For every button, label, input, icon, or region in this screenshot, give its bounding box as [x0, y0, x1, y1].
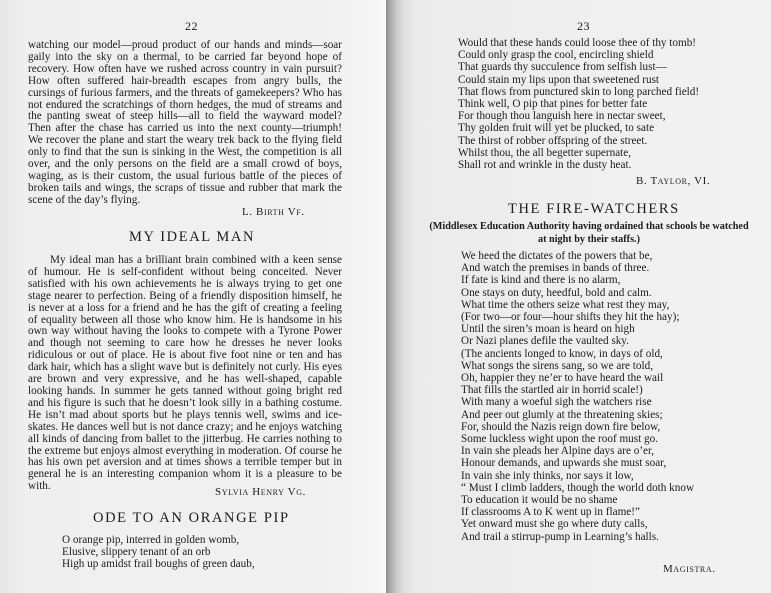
- poem-line: (For two—or four—hour shifts they hit th…: [461, 311, 694, 323]
- poem-line: Yet onward must she go where duty calls,: [461, 518, 694, 530]
- poem-line: (The ancients longed to know, in days of…: [461, 348, 694, 360]
- article-title: MY IDEAL MAN: [129, 229, 255, 246]
- poem-title: ODE TO AN ORANGE PIP: [93, 510, 290, 527]
- poem-line: In vain she pleads her Alpine days are o…: [461, 445, 694, 457]
- poem-line: Would that these hands could loose thee …: [458, 37, 699, 49]
- poem-line: And trail a stirrup-pump in Learning’s h…: [461, 531, 694, 543]
- poem-subtitle: (Middlesex Education Authority having or…: [424, 220, 754, 246]
- poem-line: With many a woeful sigh the watchers ris…: [461, 396, 694, 408]
- poem-line: In vain she inly thinks, nor says it low…: [461, 470, 694, 482]
- article-signature: Sylvia Henry Vg.: [215, 486, 306, 498]
- poem-line: To education it would be no shame: [461, 494, 694, 506]
- poem-line: That fills the startled air in horrid sc…: [461, 384, 694, 396]
- poem-line: For, should the Nazis reign down fire be…: [461, 421, 694, 433]
- poem-line: Could stain my lips upon that sweetened …: [458, 74, 699, 86]
- poem-line: Until the siren’s moan is heard on high: [461, 323, 694, 335]
- poem-line: For though thou languish here in nectar …: [458, 110, 699, 122]
- continued-article-text: watching our model—proud product of our …: [28, 40, 342, 207]
- page-number: 22: [185, 19, 198, 34]
- poem-continued-lines: Would that these hands could loose thee …: [458, 37, 699, 171]
- poem-line: O orange pip, interred in golden womb,: [62, 534, 255, 546]
- poem-line: What songs the sirens sang, so we are to…: [461, 360, 694, 372]
- poem-line: “ Must I climb ladders, though the world…: [461, 482, 694, 494]
- left-page: 22 watching our model—proud product of o…: [0, 0, 386, 593]
- poem-lines: We heed the dictates of the powers that …: [461, 250, 694, 543]
- poem-continued-signature: B. Taylor, VI.: [636, 175, 710, 187]
- poem-line: And peer out glumly at the threatening s…: [461, 409, 694, 421]
- poem-line: Or Nazi planes defile the vaulted sky.: [461, 335, 694, 347]
- poem-line: High up amidst frail boughs of green dau…: [62, 558, 255, 570]
- poem-line: Whilst thou, the all begetter supernate,: [458, 147, 699, 159]
- poem-line: Oh, happier they ne’er to have heard the…: [461, 372, 694, 384]
- poem-line: We heed the dictates of the powers that …: [461, 250, 694, 262]
- poem-line: Thy golden fruit will yet be plucked, to…: [458, 122, 699, 134]
- poem-line: Shall rot and wrinkle in the dusty heat.: [458, 159, 699, 171]
- continued-article-signature: L. Birth Vf.: [242, 206, 305, 218]
- poem-line: Elusive, slippery tenant of an orb: [62, 546, 255, 558]
- continued-paragraph: watching our model—proud product of our …: [28, 40, 342, 207]
- poem-title: THE FIRE-WATCHERS: [508, 201, 680, 218]
- book-spread: 22 watching our model—proud product of o…: [0, 0, 771, 593]
- poem-signature: Magistra.: [663, 563, 716, 575]
- poem-line: That flows from punctured skin to long p…: [458, 86, 699, 98]
- poem-line: If classrooms A to K went up in flame!”: [461, 506, 694, 518]
- poem-line: One stays on duty, heedful, bold and cal…: [461, 287, 694, 299]
- right-page: 23 Would that these hands could loose th…: [386, 0, 771, 593]
- poem-line: Could only grasp the cool, encircling sh…: [458, 49, 699, 61]
- article-paragraph: My ideal man has a brilliant brain combi…: [28, 255, 342, 493]
- poem-line: If fate is kind and there is no alarm,: [461, 274, 694, 286]
- article-body: My ideal man has a brilliant brain combi…: [28, 255, 342, 493]
- poem-line: Think well, O pip that pines for better …: [458, 98, 699, 110]
- poem-lines: O orange pip, interred in golden womb, E…: [62, 534, 255, 571]
- poem-line: Some luckless wight upon the roof must g…: [461, 433, 694, 445]
- poem-line: The thirst of robber offspring of the st…: [458, 135, 699, 147]
- poem-line: That guards thy succulence from selfish …: [458, 61, 699, 73]
- poem-line: And watch the premises in bands of three…: [461, 262, 694, 274]
- poem-line: Honour demands, and upwards she must soa…: [461, 457, 694, 469]
- page-number: 23: [577, 19, 590, 34]
- poem-line: What time the others seize what rest the…: [461, 299, 694, 311]
